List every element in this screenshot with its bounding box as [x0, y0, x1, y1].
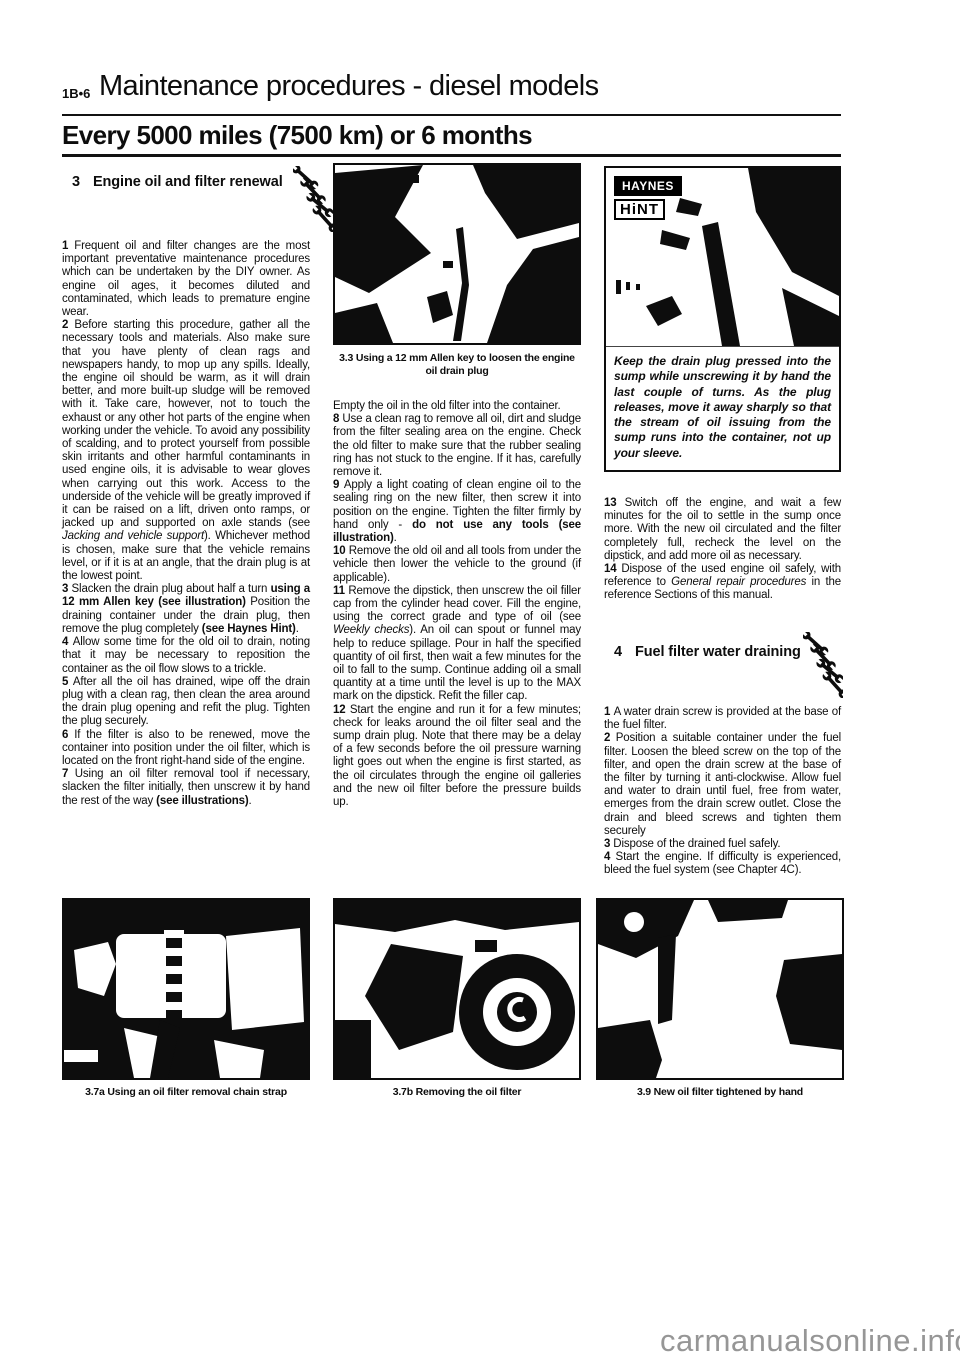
paragraph: 5 After all the oil has drained, wipe of… — [62, 676, 310, 729]
paragraph: 4 Allow some time for the old oil to dra… — [62, 636, 310, 676]
column-3-text-top: 13 Switch off the engine, and wait a few… — [604, 497, 841, 603]
page-title: Maintenance procedures - diesel models — [99, 70, 598, 103]
section-3-number: 3 — [72, 174, 80, 190]
paragraph: 10 Remove the old oil and all tools from… — [333, 545, 581, 585]
haynes-badge: HAYNES — [614, 176, 682, 196]
section-3-heading: 3 Engine oil and filter renewal — [72, 174, 287, 190]
section-4-title: Fuel filter water draining — [635, 644, 801, 660]
paragraph: 9 Apply a light coating of clean engine … — [333, 479, 581, 545]
interval-title: Every 5000 miles (7500 km) or 6 months — [62, 120, 532, 151]
hint-photo: HAYNES HiNT — [606, 168, 839, 347]
photo-3-7b — [333, 898, 581, 1080]
paragraph: 12 Start the engine and run it for a few… — [333, 704, 581, 810]
paragraph: 2 Position a suitable container under th… — [604, 732, 841, 838]
page-section-code: 1B•6 — [62, 86, 90, 101]
haynes-hint-box: HAYNES HiNT Keep the drain plug pressed … — [604, 166, 841, 472]
column-1-text: 1 Frequent oil and filter changes are th… — [62, 240, 310, 808]
photo-3-9 — [596, 898, 844, 1080]
paragraph: 13 Switch off the engine, and wait a few… — [604, 497, 841, 563]
photo-3-3 — [333, 163, 581, 345]
photo-3-7a — [62, 898, 310, 1080]
photo-3-3-caption: 3.3 Using a 12 mm Allen key to loosen th… — [333, 352, 581, 378]
hint-badge: HiNT — [614, 199, 665, 220]
paragraph: 3 Dispose of the drained fuel safely. — [604, 838, 841, 851]
section-4-number: 4 — [614, 644, 622, 660]
section-3-title: Engine oil and filter renewal — [93, 174, 283, 190]
paragraph: 11 Remove the dipstick, then unscrew the… — [333, 585, 581, 704]
watermark: carmanualsonline.info — [660, 1323, 948, 1359]
paragraph: 6 If the filter is also to be renewed, m… — [62, 729, 310, 769]
paragraph: 1 Frequent oil and filter changes are th… — [62, 240, 310, 319]
column-2-text: Empty the oil in the old filter into the… — [333, 400, 581, 809]
paragraph: 3 Slacken the drain plug about half a tu… — [62, 583, 310, 636]
column-3-text-fuel: 1 A water drain screw is provided at the… — [604, 706, 841, 878]
paragraph: 2 Before starting this procedure, gather… — [62, 319, 310, 583]
section-4-heading: 4 Fuel filter water draining — [614, 644, 804, 660]
spanner-difficulty-icon — [803, 632, 843, 703]
paragraph: 7 Using an oil filter removal tool if ne… — [62, 768, 310, 808]
paragraph: 4 Start the engine. If difficulty is exp… — [604, 851, 841, 877]
header-divider — [62, 114, 841, 116]
paragraph: 1 A water drain screw is provided at the… — [604, 706, 841, 732]
photo-3-7a-caption: 3.7a Using an oil filter removal chain s… — [62, 1086, 310, 1099]
title-divider — [62, 154, 841, 157]
spanner-difficulty-icon — [293, 166, 333, 237]
paragraph: 14 Dispose of the used engine oil safely… — [604, 563, 841, 603]
hint-text: Keep the drain plug pressed into the sum… — [606, 347, 839, 470]
paragraph: Empty the oil in the old filter into the… — [333, 400, 581, 413]
photo-3-9-caption: 3.9 New oil filter tightened by hand — [596, 1086, 844, 1099]
photo-3-7b-caption: 3.7b Removing the oil filter — [333, 1086, 581, 1099]
paragraph: 8 Use a clean rag to remove all oil, dir… — [333, 413, 581, 479]
